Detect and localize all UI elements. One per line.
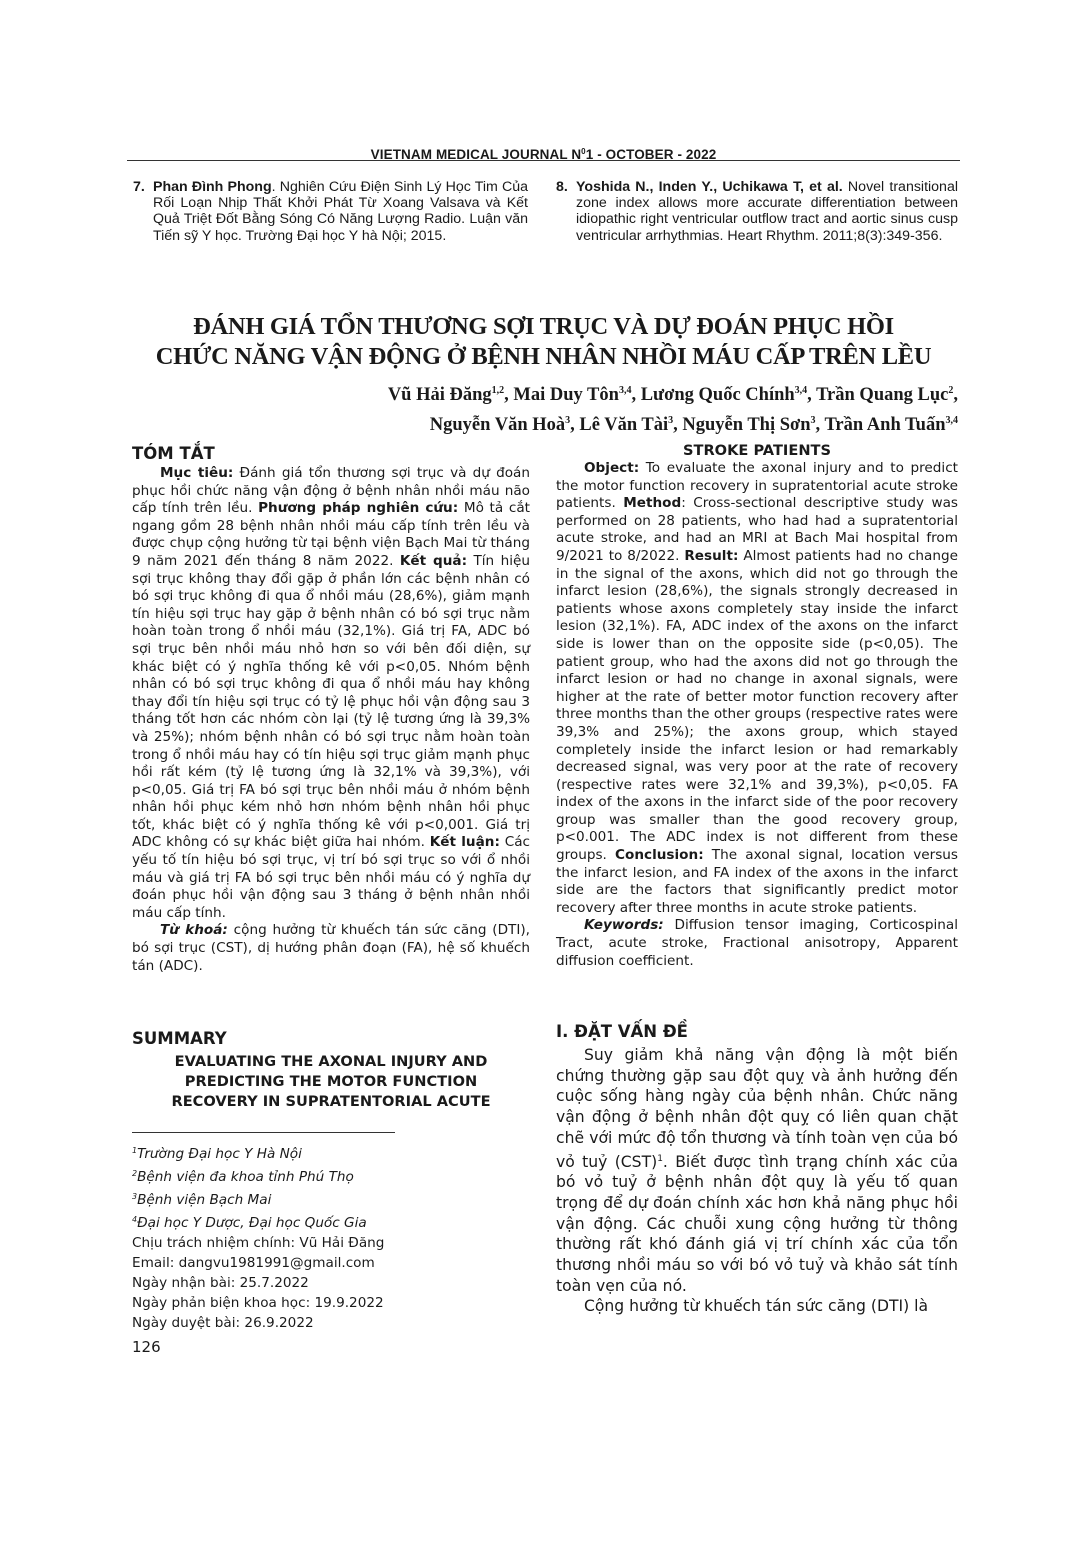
review-date: Ngày phản biện khoa học: 19.9.2022 bbox=[132, 1293, 530, 1313]
abstract-paragraph: Mục tiêu: Đánh giá tổn thương sợi trục v… bbox=[132, 465, 530, 922]
english-title: EVALUATING THE AXONAL INJURY AND PREDICT… bbox=[132, 1052, 530, 1112]
reference-authors: Phan Đình Phong bbox=[153, 179, 272, 195]
author-separator: , bbox=[570, 415, 579, 435]
author-name: Trần Anh Tuấn bbox=[824, 415, 945, 435]
header-divider bbox=[127, 160, 960, 161]
page-number: 126 bbox=[132, 1338, 161, 1356]
author-separator: , bbox=[504, 385, 513, 405]
article-title-line: CHỨC NĂNG VẬN ĐỘNG Ở BỆNH NHÂN NHỒI MÁU … bbox=[127, 342, 960, 372]
method-label: Method bbox=[623, 495, 681, 511]
conclusion-label: Kết luận: bbox=[430, 834, 500, 850]
responsible-author: Chịu trách nhiệm chính: Vũ Hải Đăng bbox=[132, 1233, 530, 1253]
affiliation: 1Trường Đại học Y Hà Nội bbox=[132, 1141, 530, 1164]
introduction-body: Suy giảm khả năng vận động là một biến c… bbox=[556, 1045, 958, 1317]
intro-text: . Biết được tình trạng chính xác của bó … bbox=[556, 1153, 958, 1295]
summary-heading: SUMMARY bbox=[132, 1029, 530, 1049]
reference-authors: Yoshida N., Inden Y., Uchikawa T, et al. bbox=[576, 179, 843, 195]
author-line: Nguyễn Văn Hoà3, Lê Văn Tài3, Nguyễn Thị… bbox=[240, 408, 958, 438]
result-label: Kết quả: bbox=[400, 553, 467, 569]
author-name: Vũ Hải Đăng bbox=[388, 385, 492, 405]
section-heading-introduction: I. ĐẶT VẤN ĐỀ bbox=[556, 1022, 688, 1042]
journal-header: VIETNAM MEDICAL JOURNAL N01 - OCTOBER - … bbox=[127, 143, 960, 161]
author-name: Lương Quốc Chính bbox=[641, 385, 795, 405]
author-name: Lê Văn Tài bbox=[579, 415, 668, 435]
affiliation: 4Đại học Y Dược, Đại học Quốc Gia bbox=[132, 1210, 530, 1233]
conclusion-label: Conclusion: bbox=[615, 847, 704, 863]
english-abstract: Object: To evaluate the axonal injury an… bbox=[556, 460, 958, 970]
author-separator: , bbox=[673, 415, 682, 435]
contact-email: Email: dangvu1981991@gmail.com bbox=[132, 1253, 530, 1273]
english-title-line: PREDICTING THE MOTOR FUNCTION bbox=[132, 1072, 530, 1092]
result-text: Tín hiệu sợi trục không thay đổi gặp ở p… bbox=[132, 553, 530, 851]
author-name: Mai Duy Tôn bbox=[513, 385, 619, 405]
affiliation-text: Bệnh viện đa khoa tỉnh Phú Thọ bbox=[137, 1169, 354, 1185]
author-affiliation: 3,4 bbox=[619, 385, 632, 396]
result-label: Result: bbox=[684, 548, 738, 564]
affiliation-text: Bệnh viện Bạch Mai bbox=[137, 1192, 271, 1208]
article-title: ĐÁNH GIÁ TỔN THƯƠNG SỢI TRỤC VÀ DỰ ĐOÁN … bbox=[127, 312, 960, 372]
affiliation: 3Bệnh viện Bạch Mai bbox=[132, 1187, 530, 1210]
english-title-line: RECOVERY IN SUPRATENTORIAL ACUTE bbox=[132, 1092, 530, 1112]
keywords-paragraph: Từ khoá: cộng hưởng từ khuếch tán sức că… bbox=[132, 922, 530, 975]
english-title-continued: STROKE PATIENTS bbox=[556, 441, 958, 461]
method-label: Phương pháp nghiên cứu: bbox=[258, 500, 458, 516]
affiliation-text: Đại học Y Dược, Đại học Quốc Gia bbox=[137, 1215, 367, 1231]
accepted-date: Ngày duyệt bài: 26.9.2022 bbox=[132, 1313, 530, 1333]
tomtat-heading: TÓM TẮT bbox=[132, 444, 530, 464]
object-label: Object: bbox=[584, 460, 639, 476]
author-separator: , bbox=[953, 385, 958, 405]
author-name: Nguyễn Văn Hoà bbox=[430, 415, 565, 435]
author-separator: , bbox=[631, 385, 640, 405]
reference-number: 8. bbox=[556, 179, 568, 195]
keywords-label: Từ khoá: bbox=[160, 922, 228, 938]
received-date: Ngày nhận bài: 25.7.2022 bbox=[132, 1273, 530, 1293]
result-text: Almost patients had no change in the sig… bbox=[556, 548, 958, 863]
author-affiliation: 3,4 bbox=[795, 385, 808, 396]
abstract-paragraph: Object: To evaluate the axonal injury an… bbox=[556, 460, 958, 917]
author-name: Nguyễn Thị Sơn bbox=[682, 415, 810, 435]
author-affiliation: 1,2 bbox=[492, 385, 505, 396]
vietnamese-abstract: Mục tiêu: Đánh giá tổn thương sợi trục v… bbox=[132, 465, 530, 975]
author-separator: , bbox=[807, 385, 816, 405]
footnotes: 1Trường Đại học Y Hà Nội 2Bệnh viện đa k… bbox=[132, 1141, 530, 1333]
keywords-label: Keywords: bbox=[584, 917, 664, 933]
affiliation: 2Bệnh viện đa khoa tỉnh Phú Thọ bbox=[132, 1164, 530, 1187]
author-line: Vũ Hải Đăng1,2, Mai Duy Tôn3,4, Lương Qu… bbox=[240, 378, 958, 408]
author-list: Vũ Hải Đăng1,2, Mai Duy Tôn3,4, Lương Qu… bbox=[240, 378, 958, 438]
reference-item: 7. Phan Đình Phong. Nghiên Cứu Điện Sinh… bbox=[133, 179, 528, 244]
footnote-divider bbox=[132, 1132, 395, 1133]
author-name: Trần Quang Lục bbox=[816, 385, 948, 405]
reference-item: 8. Yoshida N., Inden Y., Uchikawa T, et … bbox=[556, 179, 958, 244]
reference-number: 7. bbox=[133, 179, 145, 195]
keywords-paragraph: Keywords: Diffusion tensor imaging, Cort… bbox=[556, 917, 958, 970]
article-title-line: ĐÁNH GIÁ TỔN THƯƠNG SỢI TRỤC VÀ DỰ ĐOÁN … bbox=[127, 312, 960, 342]
objective-label: Mục tiêu: bbox=[160, 465, 233, 481]
intro-paragraph: Suy giảm khả năng vận động là một biến c… bbox=[556, 1045, 958, 1296]
english-title-line: EVALUATING THE AXONAL INJURY AND bbox=[132, 1052, 530, 1072]
author-affiliation: 3,4 bbox=[946, 415, 959, 426]
affiliation-text: Trường Đại học Y Hà Nội bbox=[137, 1146, 302, 1162]
intro-paragraph: Cộng hưởng từ khuếch tán sức căng (DTI) … bbox=[556, 1296, 958, 1317]
